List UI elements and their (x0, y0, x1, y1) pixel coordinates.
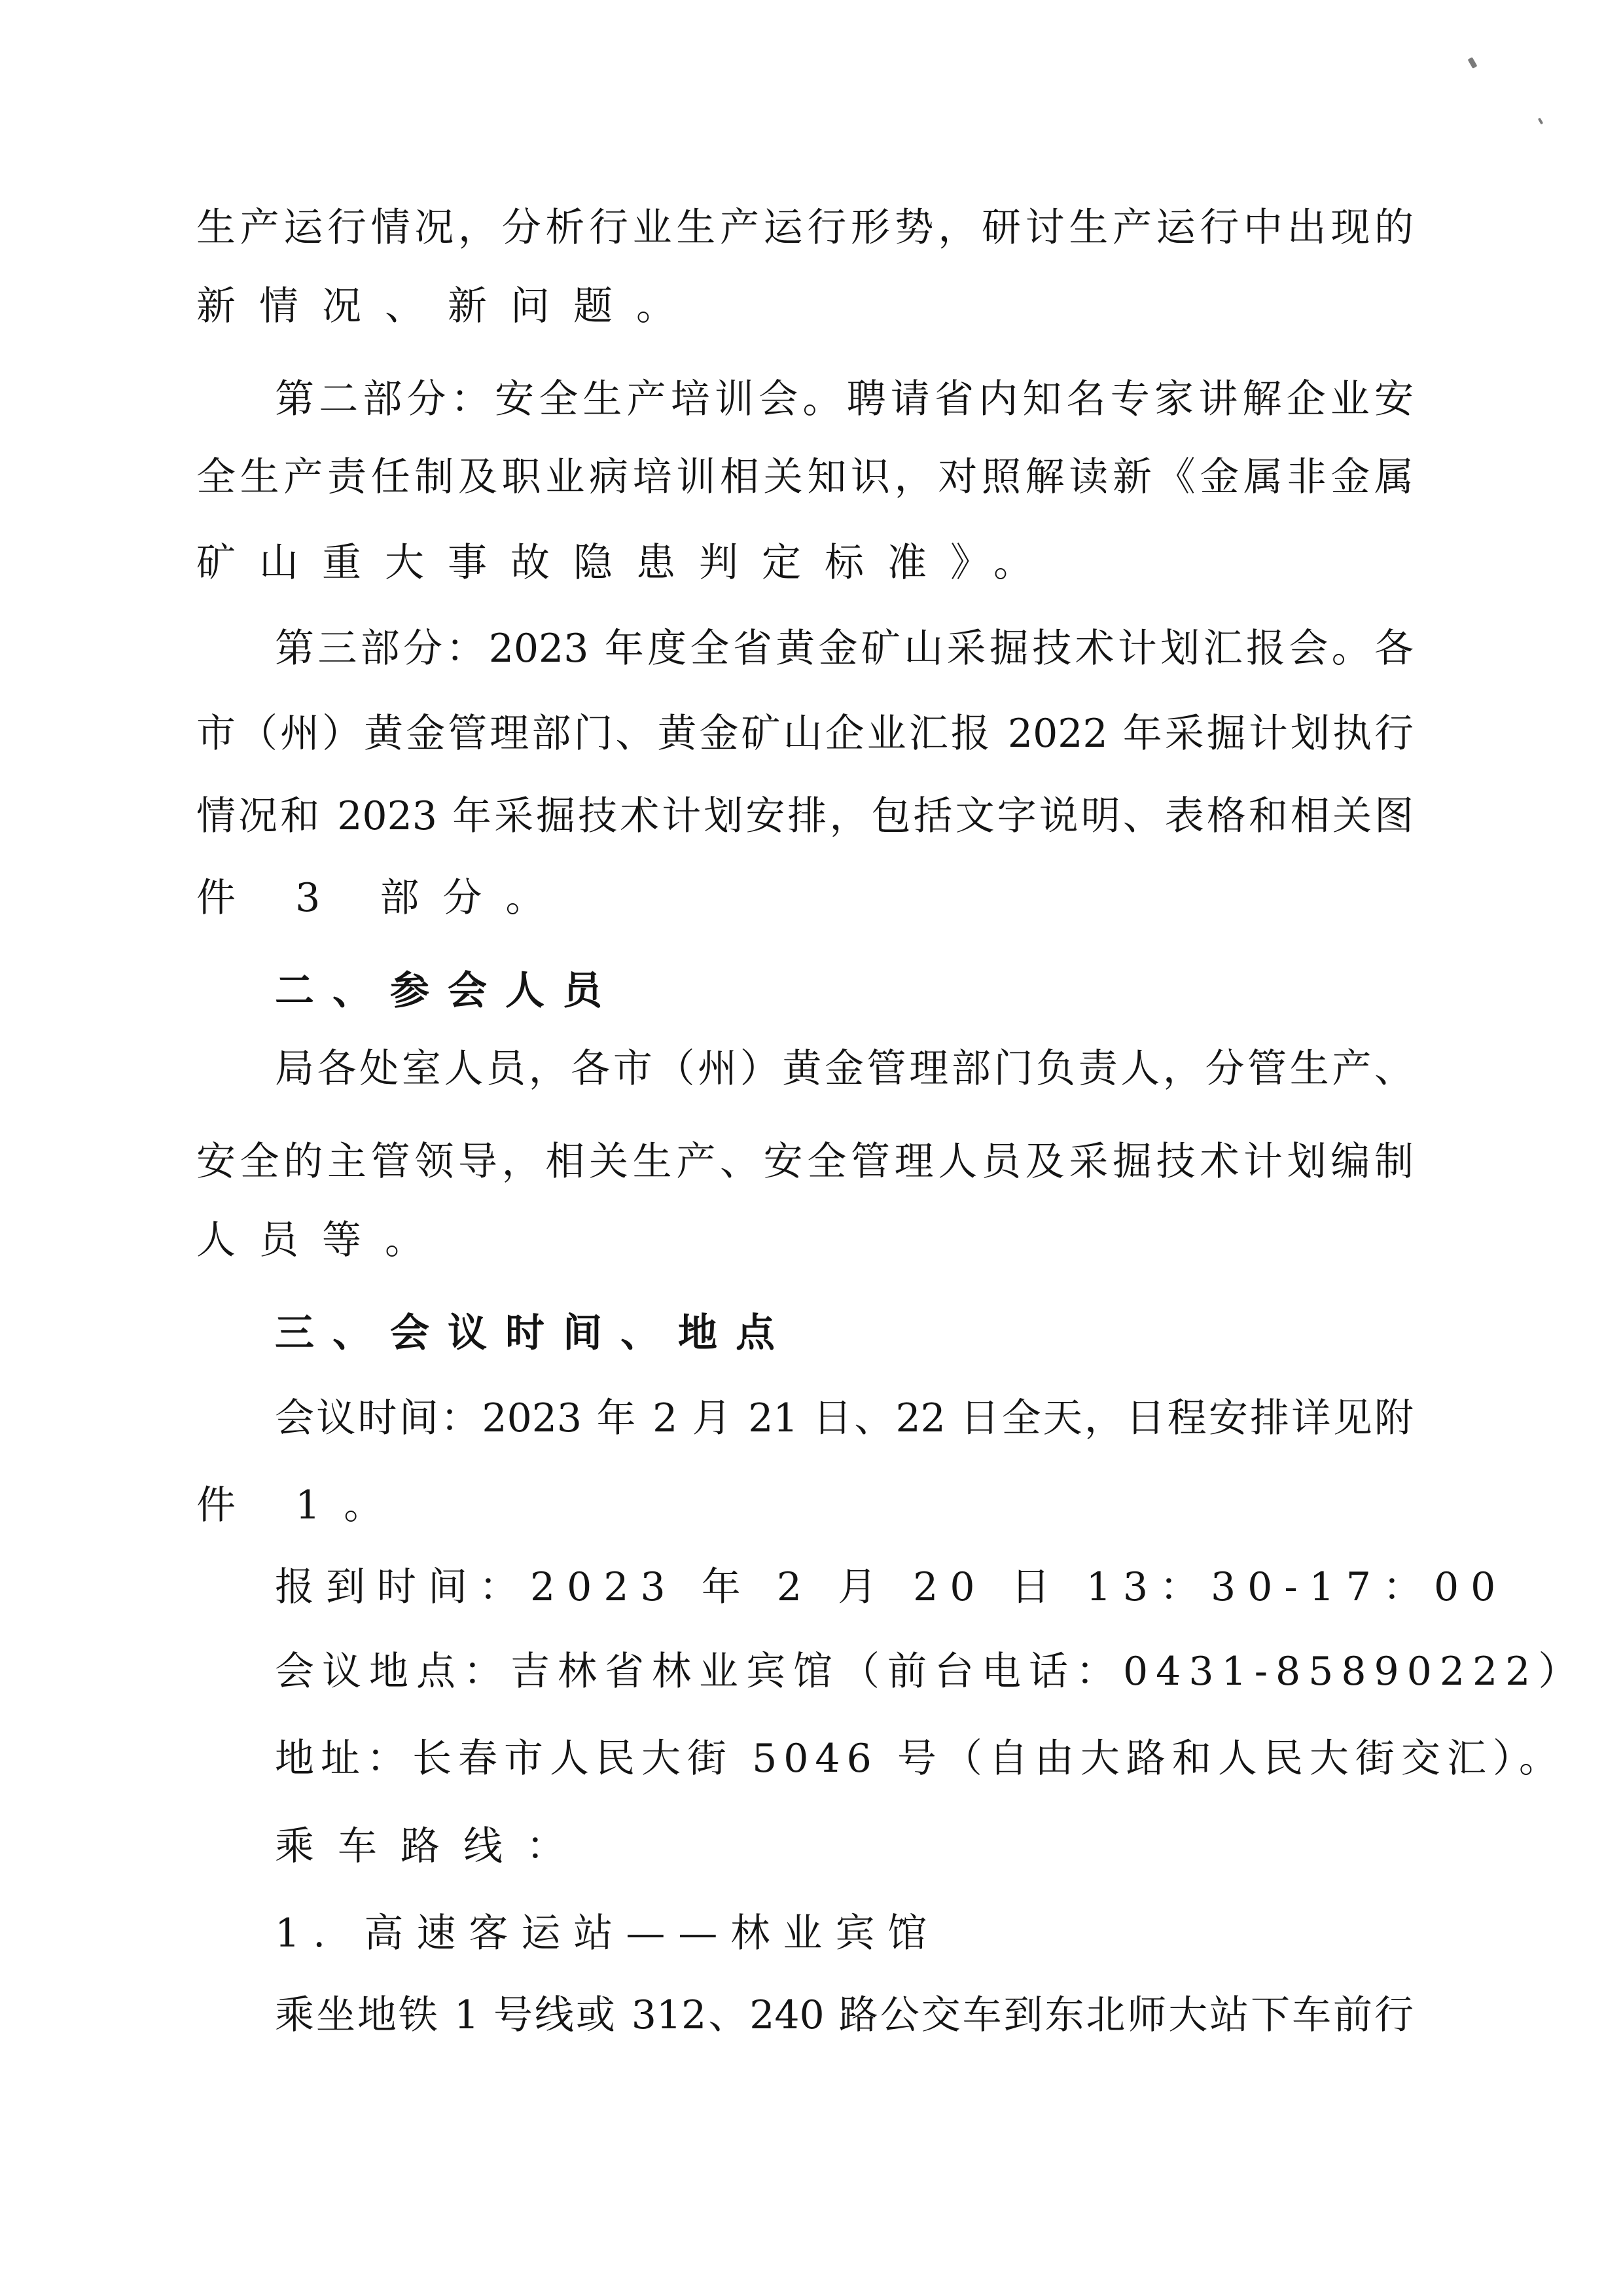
attendees-line: 人员等。 (196, 1217, 1414, 1264)
registration-time: 报到时间：2023 年 2 月 20 日 13：30-17：00 (275, 1564, 1414, 1611)
route-label: 乘车路线： (275, 1823, 1414, 1870)
attendees-line: 局各处室人员，各市（州）黄金管理部门负责人，分管生产、 (275, 1045, 1414, 1092)
paragraph-line: 新情况、新问题。 (196, 283, 1414, 330)
route-1-text: 乘坐地铁 1 号线或 312、240 路公交车到东北师大站下车前行 (275, 1992, 1414, 2039)
meeting-time-line: 件 1。 (196, 1482, 1414, 1529)
scan-speck (1538, 118, 1543, 125)
meeting-time-line: 会议时间：2023 年 2 月 21 日、22 日全天，日程安排详见附 (275, 1395, 1414, 1442)
section-heading-attendees: 二、参会人员 (275, 967, 1414, 1014)
venue: 会议地点：吉林省林业宾馆（前台电话：0431-85890222） (275, 1648, 1414, 1695)
scan-speck (1468, 57, 1478, 69)
paragraph-line: 生产运行情况，分析行业生产运行形势，研讨生产运行中出现的 (196, 204, 1414, 251)
part-three-line: 件 3 部分。 (196, 874, 1414, 922)
section-heading-time-venue: 三、会议时间、地点 (275, 1310, 1414, 1357)
attendees-line: 安全的主管领导，相关生产、安全管理人员及采掘技术计划编制 (196, 1138, 1414, 1185)
part-two-line: 第二部分：安全生产培训会。聘请省内知名专家讲解企业安 (275, 376, 1414, 423)
part-three-line: 第三部分：2023 年度全省黄金矿山采掘技术计划汇报会。各 (275, 625, 1414, 672)
address: 地址：长春市人民大街 5046 号（自由大路和人民大街交汇）。 (275, 1735, 1414, 1782)
part-three-line: 情况和 2023 年采掘技术计划安排，包括文字说明、表格和相关图 (196, 793, 1414, 840)
part-two-line: 全生产责任制及职业病培训相关知识，对照解读新《金属非金属 (196, 454, 1414, 501)
document-page: 生产运行情况，分析行业生产运行形势，研讨生产运行中出现的 新情况、新问题。 第二… (0, 0, 1623, 2296)
part-three-line: 市（州）黄金管理部门、黄金矿山企业汇报 2022 年采掘计划执行 (196, 710, 1414, 757)
route-1-title: 1. 高速客运站——林业宾馆 (275, 1910, 1414, 1957)
part-two-line: 矿山重大事故隐患判定标准》。 (196, 539, 1414, 586)
